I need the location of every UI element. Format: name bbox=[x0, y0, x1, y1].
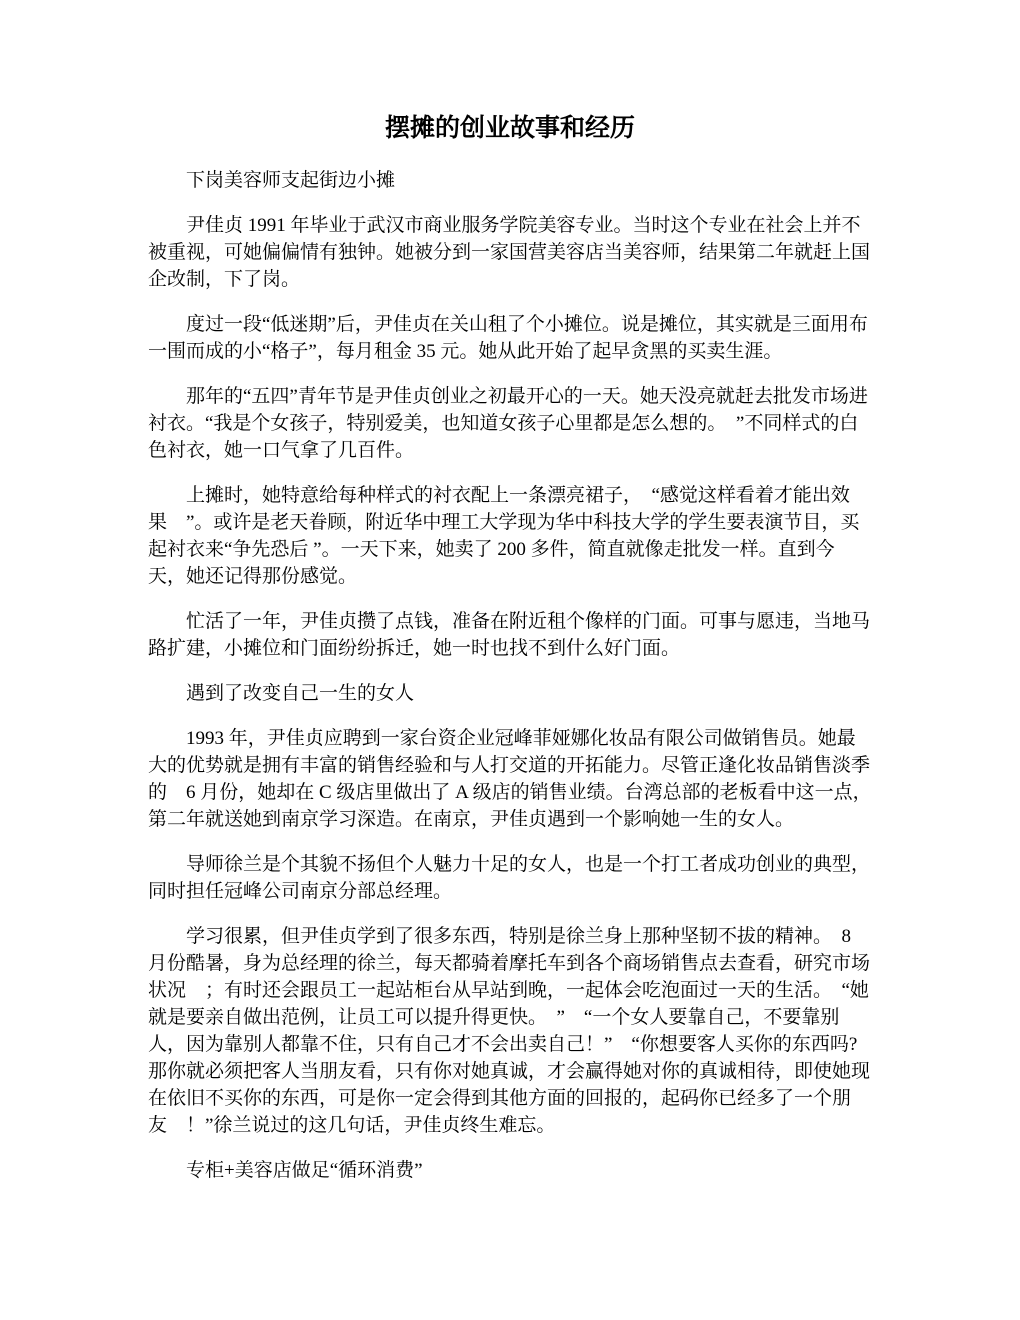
section-heading-counter-beauty-shop: 专柜+美容店做足“循环消费” bbox=[148, 1157, 872, 1184]
paragraph-may-fourth-festival: 那年的“五四”青年节是尹佳贞创业之初最开心的一天。她天没亮就赶去批发市场进衬衣。… bbox=[148, 383, 872, 464]
paragraph-graduation: 尹佳贞 1991 年毕业于武汉市商业服务学院美容专业。当时这个专业在社会上并不被… bbox=[148, 212, 872, 293]
section-heading-laid-off-beautician: 下岗美容师支起街边小摊 bbox=[148, 167, 872, 194]
paragraph-shirts-sales: 上摊时，她特意给每种样式的衬衣配上一条漂亮裙子， “感觉这样看着才能出效果 ”。… bbox=[148, 482, 872, 590]
document-page: 摆摊的创业故事和经历 下岗美容师支起街边小摊 尹佳贞 1991 年毕业于武汉市商… bbox=[0, 0, 1020, 1320]
section-heading-woman-changed-life: 遇到了改变自己一生的女人 bbox=[148, 680, 872, 707]
paragraph-road-expansion: 忙活了一年，尹佳贞攒了点钱，准备在附近租个像样的门面。可事与愿违，当地马路扩建，… bbox=[148, 608, 872, 662]
paragraph-learning-spirit: 学习很累，但尹佳贞学到了很多东西，特别是徐兰身上那种坚韧不拔的精神。 8 月份酷… bbox=[148, 923, 872, 1139]
document-title: 摆摊的创业故事和经历 bbox=[148, 112, 872, 145]
paragraph-mentor-xulan: 导师徐兰是个其貌不扬但个人魅力十足的女人，也是一个打工者成功创业的典型，同时担任… bbox=[148, 851, 872, 905]
paragraph-cosmetics-company: 1993 年，尹佳贞应聘到一家台资企业冠峰菲娅娜化妆品有限公司做销售员。她最大的… bbox=[148, 725, 872, 833]
paragraph-stall-rental: 度过一段“低迷期”后，尹佳贞在关山租了个小摊位。说是摊位，其实就是三面用布一围而… bbox=[148, 311, 872, 365]
